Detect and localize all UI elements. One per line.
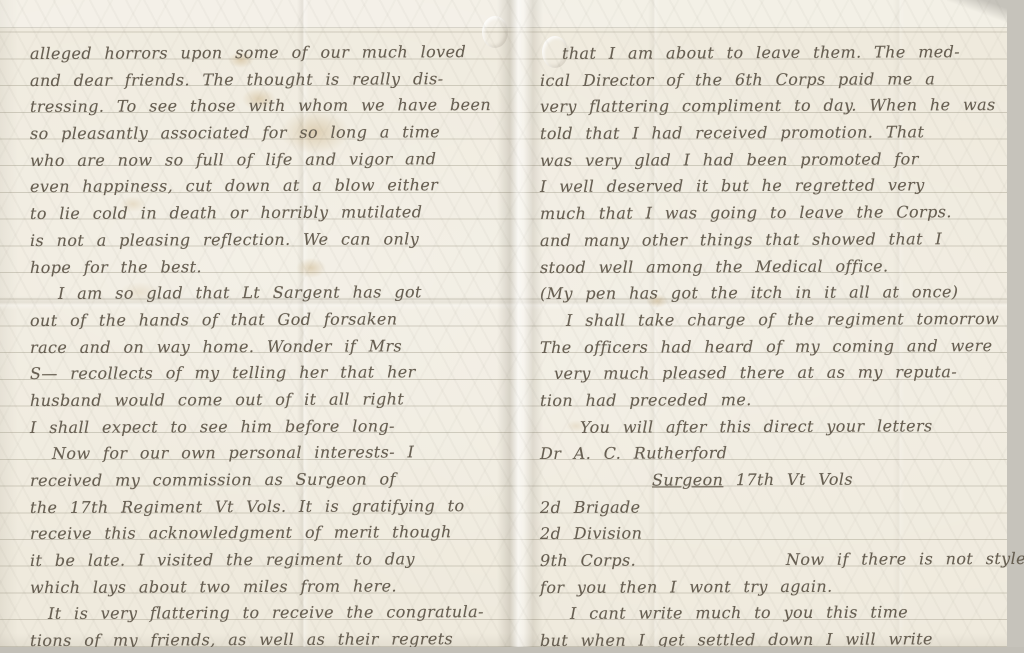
handwriting-line: The officers had heard of my coming and … xyxy=(540,333,1007,362)
handwriting-line: that I am about to leave them. The med- xyxy=(540,39,1007,68)
handwriting-line: so pleasantly associated for so long a t… xyxy=(30,119,502,148)
handwriting-line: 2d Division xyxy=(540,519,1007,548)
handwriting-line: was very glad I had been promoted for xyxy=(540,146,1007,175)
paper-corner-edge xyxy=(947,0,1007,30)
handwriting-line: (My pen has got the itch in it all at on… xyxy=(540,279,1007,308)
handwriting-line: It is very flattering to receive the con… xyxy=(30,599,502,628)
handwriting-line: Surgeon 17th Vt Vols xyxy=(540,466,1007,495)
handwriting-line: very flattering compliment to day. When … xyxy=(540,92,1007,121)
handwriting-line: race and on way home. Wonder if Mrs xyxy=(30,333,502,362)
handwriting-line: even happiness, cut down at a blow eithe… xyxy=(30,172,502,201)
handwriting-line: 9th Corps. Now if there is not style xyxy=(540,546,1007,575)
handwriting-line: the 17th Regiment Vt Vols. It is gratify… xyxy=(30,493,502,522)
handwriting-line: very much pleased there at as my reputa- xyxy=(540,359,1007,388)
handwriting-line: I shall take charge of the regiment tomo… xyxy=(540,306,1007,335)
center-fold-crease xyxy=(497,0,543,647)
handwriting-line: stood well among the Medical office. xyxy=(540,252,1007,281)
handwriting-line: I cant write much to you this time xyxy=(540,599,1007,628)
handwriting-line: out of the hands of that God forsaken xyxy=(30,306,502,335)
handwriting-line: S— recollects of my telling her that her xyxy=(30,359,502,388)
handwriting-line: who are now so full of life and vigor an… xyxy=(30,146,502,175)
handwriting-line: told that I had received promotion. That xyxy=(540,119,1007,148)
handwriting-line: received my commission as Surgeon of xyxy=(30,466,502,495)
handwriting-line: 2d Brigade xyxy=(540,493,1007,522)
handwriting-line: and dear friends. The thought is really … xyxy=(30,66,502,95)
handwriting-line: You will after this direct your letters xyxy=(540,413,1007,442)
handwriting-line: is not a pleasing reflection. We can onl… xyxy=(30,226,502,255)
handwriting-line: and many other things that showed that I xyxy=(540,226,1007,255)
handwriting-line: I am so glad that Lt Sargent has got xyxy=(30,279,502,308)
page-right: that I am about to leave them. The med-i… xyxy=(540,40,1007,653)
handwriting-line: to lie cold in death or horribly mutilat… xyxy=(30,199,502,228)
underlined-word: Surgeon xyxy=(652,470,723,489)
handwriting-line: much that I was going to leave the Corps… xyxy=(540,199,1007,228)
handwriting-line: husband would come out of it all right xyxy=(30,386,502,415)
page-left: alleged horrors upon some of our much lo… xyxy=(30,40,502,653)
handwriting-line: I shall expect to see him before long- xyxy=(30,413,502,442)
handwriting-line: alleged horrors upon some of our much lo… xyxy=(30,39,502,68)
handwriting-line: hope for the best. xyxy=(30,252,502,281)
handwriting-line: tion had preceded me. xyxy=(540,386,1007,415)
handwriting-line: receive this acknowledgment of merit tho… xyxy=(30,519,502,548)
handwriting-line: I well deserved it but he regretted very xyxy=(540,172,1007,201)
handwriting-line: for you then I wont try again. xyxy=(540,573,1007,602)
letter-scan: alleged horrors upon some of our much lo… xyxy=(0,0,1024,653)
handwriting-line: which lays about two miles from here. xyxy=(30,573,502,602)
handwriting-line: ical Director of the 6th Corps paid me a xyxy=(540,66,1007,95)
handwriting-line: it be late. I visited the regiment to da… xyxy=(30,546,502,575)
handwriting-line: Dr A. C. Rutherford xyxy=(540,439,1007,468)
scan-background-edge xyxy=(0,647,1024,653)
handwriting-line: Now for our own personal interests- I xyxy=(30,439,502,468)
handwriting-line: tressing. To see those with whom we have… xyxy=(30,92,502,121)
